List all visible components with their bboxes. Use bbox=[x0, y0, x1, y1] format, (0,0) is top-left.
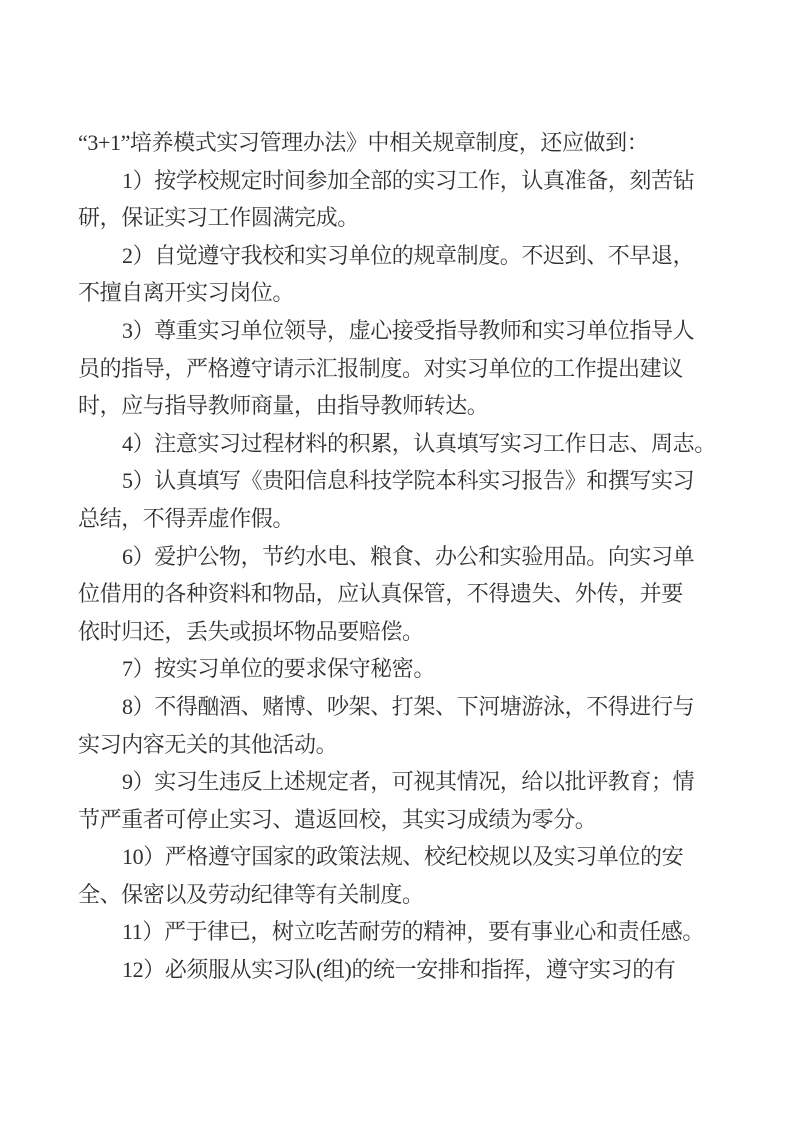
text-line: 2）自觉遵守我校和实习单位的规章制度。不迟到、不早退， bbox=[78, 237, 698, 275]
text-line: 总结，不得弄虚作假。 bbox=[78, 500, 698, 538]
text-line: 7）按实习单位的要求保守秘密。 bbox=[78, 650, 698, 688]
document-body: “3+1”培养模式实习管理办法》中相关规章制度，还应做到：1）按学校规定时间参加… bbox=[78, 124, 698, 989]
text-line: 位借用的各种资料和物品，应认真保管，不得遗失、外传，并要 bbox=[78, 575, 698, 613]
text-line: 不擅自离开实习岗位。 bbox=[78, 274, 698, 312]
text-line: 节严重者可停止实习、遣返回校，其实习成绩为零分。 bbox=[78, 801, 698, 839]
text-line: 10）严格遵守国家的政策法规、校纪校规以及实习单位的安 bbox=[78, 838, 698, 876]
text-line: 依时归还，丢失或损坏物品要赔偿。 bbox=[78, 613, 698, 651]
text-line: 研，保证实习工作圆满完成。 bbox=[78, 199, 698, 237]
text-line: 3）尊重实习单位领导，虚心接受指导教师和实习单位指导人 bbox=[78, 312, 698, 350]
text-line: 9）实习生违反上述规定者，可视其情况，给以批评教育；情 bbox=[78, 763, 698, 801]
text-line: 12）必须服从实习队(组)的统一安排和指挥，遵守实习的有 bbox=[78, 951, 698, 989]
text-line: 8）不得酗酒、赌博、吵架、打架、下河塘游泳，不得进行与 bbox=[78, 688, 698, 726]
text-line: 4）注意实习过程材料的积累，认真填写实习工作日志、周志。 bbox=[78, 425, 698, 463]
text-line: 1）按学校规定时间参加全部的实习工作，认真准备，刻苦钻 bbox=[78, 162, 698, 200]
text-line: 全、保密以及劳动纪律等有关制度。 bbox=[78, 876, 698, 914]
text-line: 员的指导，严格遵守请示汇报制度。对实习单位的工作提出建议 bbox=[78, 350, 698, 388]
text-line: 5）认真填写《贵阳信息科技学院本科实习报告》和撰写实习 bbox=[78, 462, 698, 500]
text-line: 实习内容无关的其他活动。 bbox=[78, 726, 698, 764]
document-page: “3+1”培养模式实习管理办法》中相关规章制度，还应做到：1）按学校规定时间参加… bbox=[0, 0, 793, 1122]
text-line: 时，应与指导教师商量，由指导教师转达。 bbox=[78, 387, 698, 425]
text-line: “3+1”培养模式实习管理办法》中相关规章制度，还应做到： bbox=[78, 124, 698, 162]
text-line: 11）严于律已，树立吃苦耐劳的精神，要有事业心和责任感。 bbox=[78, 913, 698, 951]
text-line: 6）爱护公物，节约水电、粮食、办公和实验用品。向实习单 bbox=[78, 538, 698, 576]
